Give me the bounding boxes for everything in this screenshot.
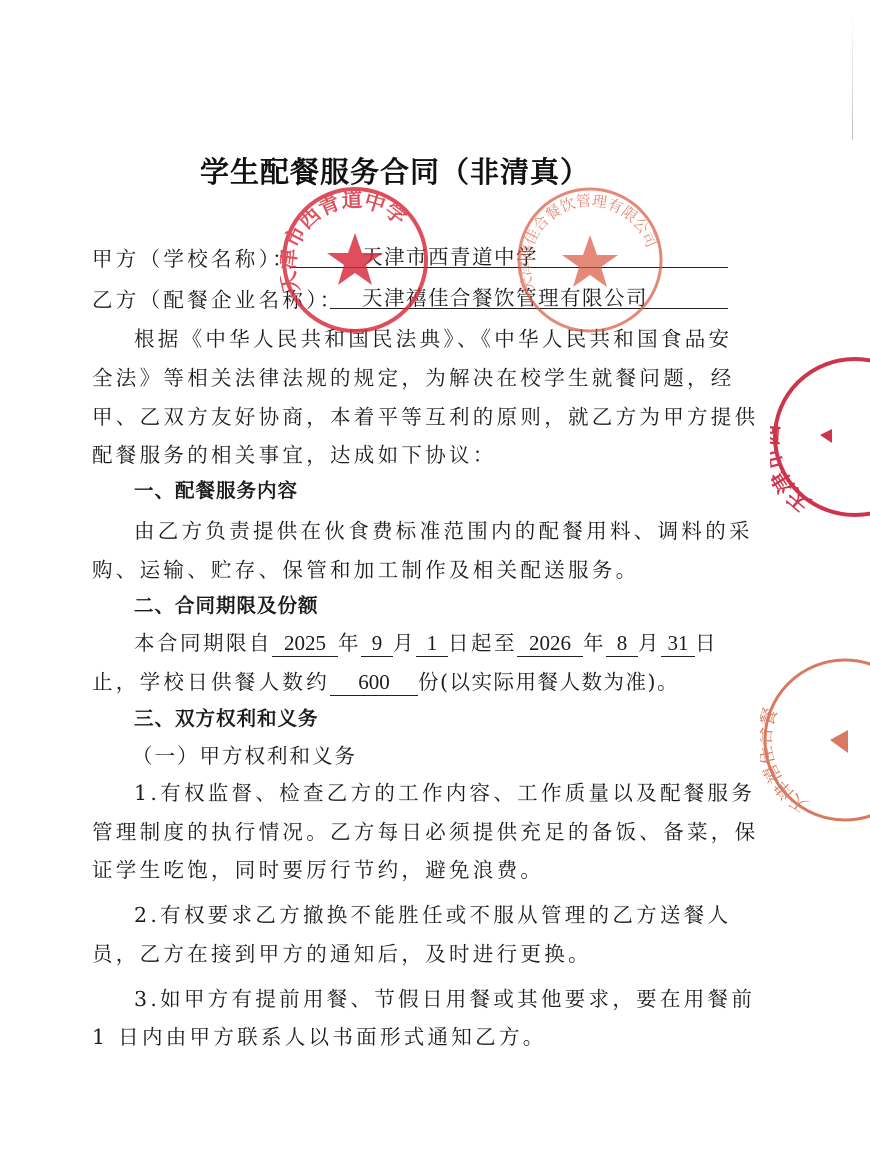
- section-2-heading: 二、合同期限及份额: [134, 590, 319, 618]
- svg-text:天津禧佳合餐: 天津禧佳合餐: [760, 705, 812, 816]
- intro-line: 甲、乙双方友好协商，本着平等互利的原则，就乙方为甲方提供: [92, 400, 758, 430]
- school-seal-partial-stamp: 天津市西: [770, 355, 870, 520]
- item-2-line: 员，乙方在接到甲方的通知后，及时进行更换。: [92, 937, 592, 967]
- party-b-row: 乙方（配餐企业名称）：: [92, 283, 344, 313]
- party-b-field: 天津禧佳合餐饮管理有限公司: [330, 281, 728, 309]
- intro-line: 全法》等相关法律法规的规定，为解决在校学生就餐问题，经: [92, 361, 735, 391]
- end-year: 2026: [517, 631, 583, 657]
- item-1-line: 1.有权监督、检查乙方的工作内容、工作质量以及配餐服务: [134, 776, 755, 806]
- intro-line: 配餐服务的相关事宜，达成如下协议：: [92, 438, 497, 468]
- start-day: 1: [416, 631, 448, 657]
- party-b-label: 乙方（配餐企业名称）：: [92, 283, 344, 313]
- month-label: 月: [638, 631, 661, 655]
- section-1-line: 购、运输、贮存、保管和加工制作及相关配送服务。: [92, 553, 639, 583]
- party-a-field: 天津市西青道中学: [290, 240, 728, 268]
- item-1-line: 证学生吃饱，同时要厉行节约，避免浪费。: [92, 853, 544, 883]
- contract-term-line: 本合同期限自2025年9月1日起至2026年8月31日: [134, 626, 718, 657]
- start-year: 2025: [272, 631, 338, 657]
- end-day: 31: [661, 631, 695, 657]
- intro-line: 根据《中华人民共和国民法典》、《中华人民共和国食品安: [134, 322, 732, 352]
- section-3-heading: 三、双方权利和义务: [134, 703, 319, 731]
- section-1-line: 由乙方负责提供在伙食费标准范围内的配餐用料、调料的采: [134, 514, 753, 544]
- company-seal-partial-text: 天津禧佳合餐: [760, 705, 812, 816]
- contract-page: 学生配餐服务合同（非清真） 甲方（学校名称）： 天津市西青道中学 乙方（配餐企业…: [0, 0, 870, 1162]
- section-3-subheading: （一）甲方权利和义务: [132, 739, 357, 769]
- party-b-value: 天津禧佳合餐饮管理有限公司: [362, 281, 648, 311]
- quota-suffix: 份(以实际用餐人数为准)。: [418, 670, 679, 694]
- party-a-value: 天津市西青道中学: [362, 240, 538, 270]
- year-label: 年: [583, 631, 606, 655]
- item-1-line: 管理制度的执行情况。乙方每日必须提供充足的备饭、备菜，保: [92, 815, 758, 845]
- year-label: 年: [338, 631, 361, 655]
- item-3-line: 1 日内由甲方联系人以书面形式通知乙方。: [92, 1020, 547, 1050]
- term-mid: 日起至: [448, 631, 517, 655]
- company-seal-partial-stamp: 天津禧佳合餐: [760, 655, 870, 825]
- quota-line: 止，学校日供餐人数约600份(以实际用餐人数为准)。: [92, 665, 679, 696]
- school-seal-partial-text: 天津市西: [770, 423, 816, 515]
- party-a-row: 甲方（学校名称）：: [92, 242, 296, 272]
- daily-meal-count: 600: [330, 670, 418, 696]
- paper-edge-line: [852, 10, 853, 140]
- end-month: 8: [606, 631, 638, 657]
- section-1-heading: 一、配餐服务内容: [134, 475, 298, 503]
- document-title: 学生配餐服务合同（非清真）: [200, 150, 700, 191]
- quota-prefix: 止，学校日供餐人数约: [92, 670, 330, 694]
- month-label: 月: [393, 631, 416, 655]
- day-label: 日: [695, 631, 718, 655]
- svg-text:天津市西: 天津市西: [770, 423, 816, 515]
- term-prefix: 本合同期限自: [134, 631, 272, 655]
- item-3-line: 3.如甲方有提前用餐、节假日用餐或其他要求，要在用餐前: [134, 982, 755, 1012]
- item-2-line: 2.有权要求乙方撤换不能胜任或不服从管理的乙方送餐人: [134, 898, 731, 928]
- party-a-label: 甲方（学校名称）：: [92, 242, 296, 272]
- start-month: 9: [361, 631, 393, 657]
